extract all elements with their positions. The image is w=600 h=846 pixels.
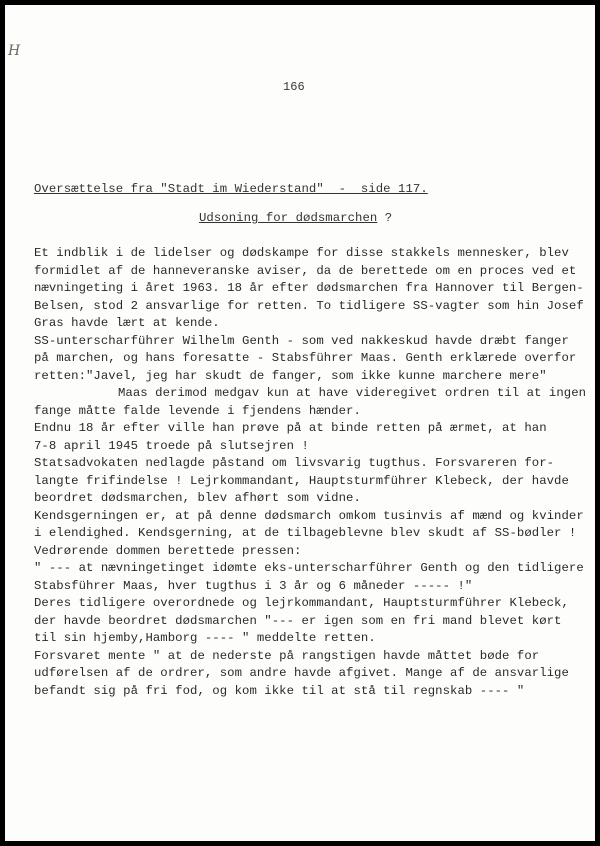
text-line: i elendighed. Kendsgerning, at de tilbag… <box>34 525 586 543</box>
text-line: der havde beordret dødsmarchen "--- er i… <box>34 613 586 631</box>
page-number: 166 <box>283 80 305 94</box>
title-text: Udsoning for dødsmarchen <box>199 211 377 225</box>
text-line: Vedrørende dommen berettede pressen: <box>34 543 586 561</box>
text-line: retten:"Javel, jeg har skudt de fanger, … <box>34 368 586 386</box>
title-question-mark: ? <box>377 211 392 225</box>
document-page: H 166 Oversættelse fra "Stadt im Wieders… <box>5 5 595 841</box>
text-line: befandt sig på fri fod, og kom ikke til … <box>34 683 586 701</box>
text-line: langte frifindelse ! Lejrkommandant, Hau… <box>34 473 586 491</box>
text-line: på marchen, og hans foresatte - Stabsfüh… <box>34 350 586 368</box>
text-line: til sin hjemby,Hamborg ---- " meddelte r… <box>34 630 586 648</box>
text-line: Gras havde lært at kende. <box>34 315 586 333</box>
text-line: Statsadvokaten nedlagde påstand om livsv… <box>34 455 586 473</box>
text-line: formidlet af de hanneveranske aviser, da… <box>34 263 586 281</box>
text-line: 7-8 april 1945 troede på slutsejren ! <box>34 438 586 456</box>
text-line: fange måtte falde levende i fjendens hæn… <box>34 403 586 421</box>
text-line: SS-unterscharführer Wilhelm Genth - som … <box>34 333 586 351</box>
body-text: Et indblik i de lidelser og dødskampe fo… <box>34 245 586 700</box>
margin-handwritten-mark: H <box>8 43 20 59</box>
text-line: beordret dødsmarchen, blev afhørt som vi… <box>34 490 586 508</box>
text-line: Et indblik i de lidelser og dødskampe fo… <box>34 245 586 263</box>
text-line: nævningeting i året 1963. 18 år efter dø… <box>34 280 586 298</box>
text-line: Maas derimod medgav kun at have videregi… <box>34 385 586 403</box>
document-title: Udsoning for dødsmarchen ? <box>199 211 392 225</box>
text-line: Belsen, stod 2 ansvarlige for retten. To… <box>34 298 586 316</box>
text-line: Stabsführer Maas, hver tugthus i 3 år og… <box>34 578 586 596</box>
text-line: " --- at nævningetinget idømte eks-unter… <box>34 560 586 578</box>
text-line: Forsvaret mente " at de nederste på rang… <box>34 648 586 666</box>
source-reference: Oversættelse fra "Stadt im Wiederstand" … <box>34 182 428 196</box>
text-line: Deres tidligere overordnede og lejrkomma… <box>34 595 586 613</box>
text-line: udførelsen af de ordrer, som andre havde… <box>34 665 586 683</box>
text-line: Endnu 18 år efter ville han prøve på at … <box>34 420 586 438</box>
text-line: Kendsgerningen er, at på denne dødsmarch… <box>34 508 586 526</box>
